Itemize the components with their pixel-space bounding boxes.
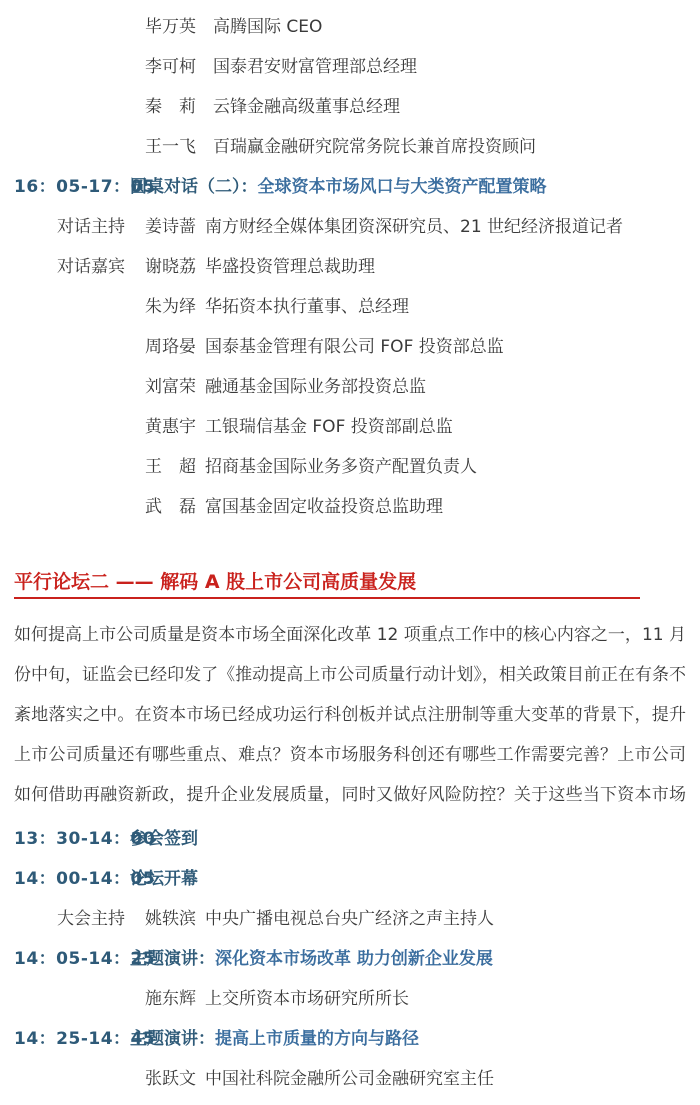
session-topic: 全球资本市场风口与大类资产配置策略 [258, 167, 547, 207]
speaker-row: 秦 莉 云锋金融高级董事总经理 [0, 87, 700, 127]
guest-row: 黄惠宇 工银瑞信基金 FOF 投资部副总监 [0, 407, 700, 447]
guest-name: 武 磊 [145, 487, 205, 527]
speaker-row: 王一飞 百瑞赢金融研究院常务院长兼首席投资顾问 [0, 127, 700, 167]
speaker-title: 国泰君安财富管理部总经理 [213, 47, 417, 87]
speaker-row: 毕万英 高腾国际 CEO [0, 7, 700, 47]
session-label: 主题演讲： [130, 1019, 215, 1059]
person-row: 张跃文 中国社科院金融所公司金融研究室主任 [0, 1059, 700, 1099]
speaker-title: 高腾国际 CEO [213, 7, 322, 47]
guest-title: 招商基金国际业务多资产配置负责人 [205, 447, 477, 487]
guest-row: 周珞晏 国泰基金管理有限公司 FOF 投资部总监 [0, 327, 700, 367]
guest-name: 周珞晏 [145, 327, 205, 367]
person-row: 施东辉 上交所资本市场研究所所长 [0, 979, 700, 1019]
person-role-label: 大会主持 [57, 899, 145, 939]
speaker-name: 李可柯 [145, 47, 213, 87]
person-row: 大会主持 姚轶滨 中央广播电视总台央广经济之声主持人 [0, 899, 700, 939]
guest-title: 融通基金国际业务部投资总监 [205, 367, 426, 407]
session-time: 14：05-14：25 [14, 939, 130, 979]
speaker-name: 王一飞 [145, 127, 213, 167]
guest-name: 王 超 [145, 447, 205, 487]
guest-role-spacer [57, 407, 145, 447]
person-name: 姚轶滨 [145, 899, 205, 939]
person-title: 上交所资本市场研究所所长 [205, 979, 409, 1019]
guest-name: 朱为绎 [145, 287, 205, 327]
person-role-spacer [57, 979, 145, 1019]
session-time: 14：00-14：05 [14, 859, 130, 899]
guest-role-spacer [57, 287, 145, 327]
person-name: 张跃文 [145, 1059, 205, 1099]
speaker-row: 李可柯 国泰君安财富管理部总经理 [0, 47, 700, 87]
guest-role-spacer [57, 367, 145, 407]
guest-role-spacer [57, 487, 145, 527]
guest-name: 刘富荣 [145, 367, 205, 407]
session-time: 14：25-14：45 [14, 1019, 130, 1059]
guest-role-label: 对话嘉宾 [57, 247, 145, 287]
speaker-title: 云锋金融高级董事总经理 [213, 87, 400, 127]
guest-row: 朱为绎 华拓资本执行董事、总经理 [0, 287, 700, 327]
session-heading-roundtable2: 16：05-17：05 圆桌对话（二）：全球资本市场风口与大类资产配置策略 [0, 167, 700, 207]
session-label: 圆桌对话（二）： [130, 167, 258, 207]
host-row: 对话主持 姜诗蔷 南方财经全媒体集团资深研究员、21 世纪经济报道记者 [0, 207, 700, 247]
session-time: 16：05-17：05 [14, 167, 130, 207]
session-topic: 深化资本市场改革 助力创新企业发展 [215, 939, 493, 979]
forum2-intro: 如何提高上市公司质量是资本市场全面深化改革 12 项重点工作中的核心内容之一，1… [14, 615, 686, 815]
host-title: 南方财经全媒体集团资深研究员、21 世纪经济报道记者 [205, 207, 623, 247]
schedule-item-signin: 13：30-14：00 参会签到 [0, 819, 700, 859]
person-title: 中央广播电视总台央广经济之声主持人 [205, 899, 494, 939]
person-title: 中国社科院金融所公司金融研究室主任 [205, 1059, 494, 1099]
guest-row: 武 磊 富国基金固定收益投资总监助理 [0, 487, 700, 527]
session-time: 13：30-14：00 [14, 819, 130, 859]
session-label: 参会签到 [130, 819, 198, 859]
forum2-schedule: 13：30-14：00 参会签到 14：00-14：05 论坛开幕 大会主持 姚… [0, 819, 700, 1099]
schedule-item-opening: 14：00-14：05 论坛开幕 [0, 859, 700, 899]
forum2-heading: 平行论坛二 —— 解码 A 股上市公司高质量发展 [14, 569, 640, 599]
speaker-name: 秦 莉 [145, 87, 213, 127]
guest-title: 毕盛投资管理总裁助理 [205, 247, 375, 287]
person-role-spacer [57, 1059, 145, 1099]
speaker-title: 百瑞赢金融研究院常务院长兼首席投资顾问 [213, 127, 536, 167]
guest-title: 工银瑞信基金 FOF 投资部副总监 [205, 407, 453, 447]
host-name: 姜诗蔷 [145, 207, 205, 247]
guest-name: 谢晓荔 [145, 247, 205, 287]
guest-title: 华拓资本执行董事、总经理 [205, 287, 409, 327]
guest-role-spacer [57, 327, 145, 367]
guest-row: 刘富荣 融通基金国际业务部投资总监 [0, 367, 700, 407]
guest-row: 对话嘉宾 谢晓荔 毕盛投资管理总裁助理 [0, 247, 700, 287]
agenda-page: 毕万英 高腾国际 CEO 李可柯 国泰君安财富管理部总经理 秦 莉 云锋金融高级… [0, 0, 700, 1105]
session-label: 主题演讲： [130, 939, 215, 979]
schedule-item-keynote2: 14：25-14：45 主题演讲：提高上市质量的方向与路径 [0, 1019, 700, 1059]
guest-title: 富国基金固定收益投资总监助理 [205, 487, 443, 527]
person-name: 施东辉 [145, 979, 205, 1019]
guest-role-spacer [57, 447, 145, 487]
host-role-label: 对话主持 [57, 207, 145, 247]
guest-name: 黄惠宇 [145, 407, 205, 447]
speaker-name: 毕万英 [145, 7, 213, 47]
session-topic: 提高上市质量的方向与路径 [215, 1019, 419, 1059]
guest-title: 国泰基金管理有限公司 FOF 投资部总监 [205, 327, 504, 367]
session-label: 论坛开幕 [130, 859, 198, 899]
schedule-item-keynote1: 14：05-14：25 主题演讲：深化资本市场改革 助力创新企业发展 [0, 939, 700, 979]
guest-row: 王 超 招商基金国际业务多资产配置负责人 [0, 447, 700, 487]
